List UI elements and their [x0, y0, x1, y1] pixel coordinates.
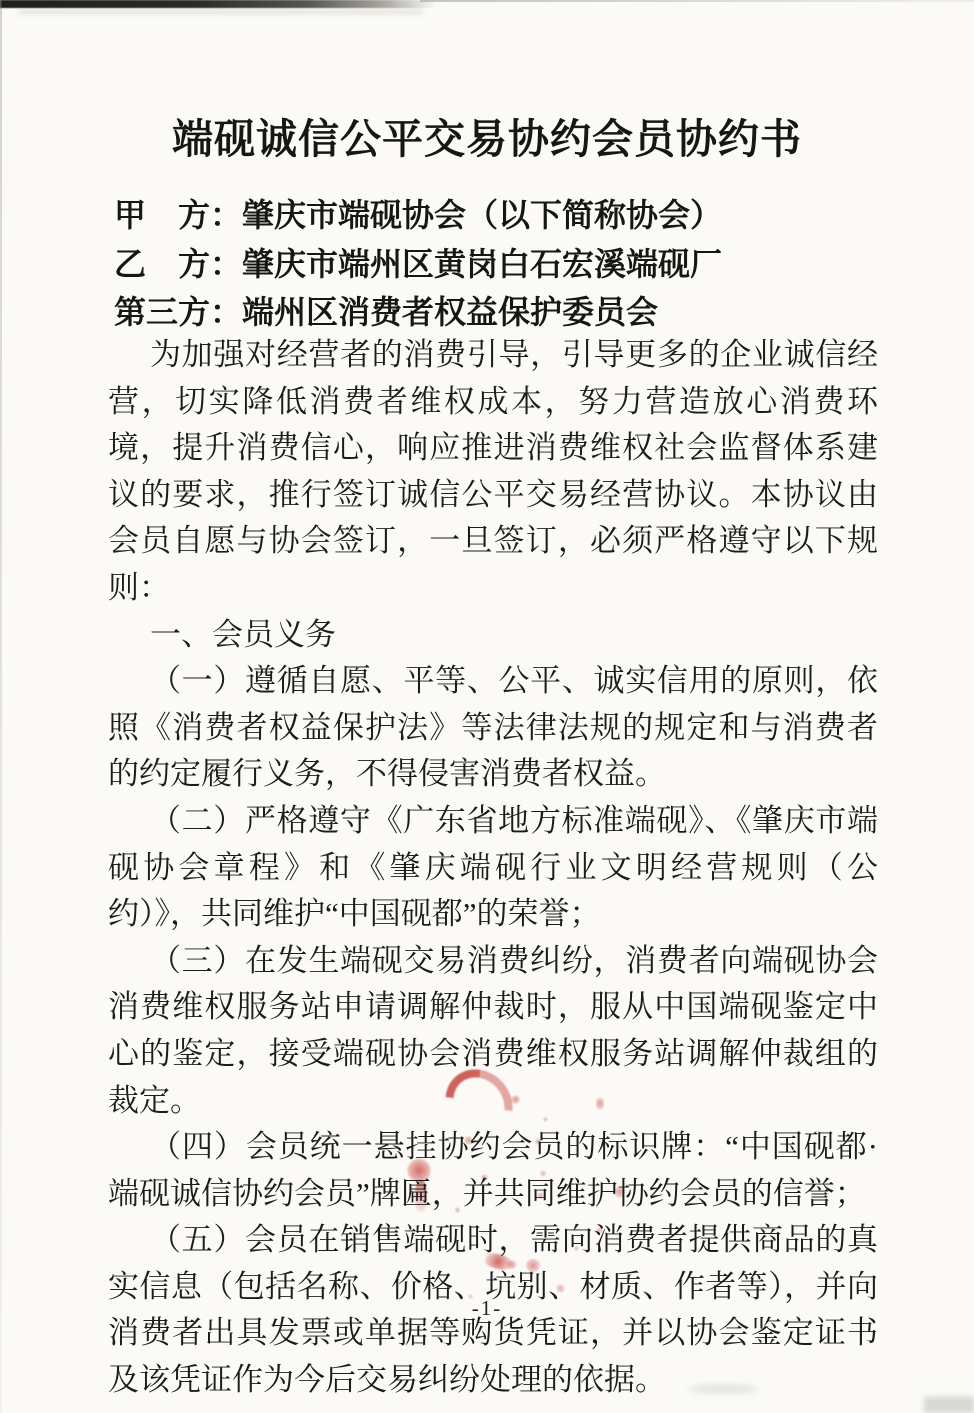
- page-number: -1-: [0, 1296, 974, 1321]
- parties-section: 甲 方：肇庆市端砚协会（以下简称协会） 乙 方：肇庆市端州区黄岗白石宏溪端砚厂 …: [114, 191, 884, 337]
- clause-1-paragraph: （一）遵循自愿、平等、公平、诚实信用的原则，依照《消费者权益保护法》等法律法规的…: [108, 658, 878, 798]
- clause-4-paragraph: （四）会员统一悬挂协约会员的标识牌：“中国砚都·端砚诚信协约会员”牌匾，并共同维…: [108, 1124, 878, 1217]
- party-c-line: 第三方：端州区消费者权益保护委员会: [114, 288, 884, 337]
- intro-paragraph: 为加强对经营者的消费引导，引导更多的企业诚信经营，切实降低消费者维权成本，努力营…: [108, 332, 878, 612]
- party-a-line: 甲 方：肇庆市端砚协会（以下简称协会）: [114, 191, 884, 240]
- party-b-line: 乙 方：肇庆市端州区黄岗白石宏溪端砚厂: [114, 240, 884, 289]
- document-title: 端砚诚信公平交易协约会员协约书: [0, 106, 974, 165]
- document-body: 为加强对经营者的消费引导，引导更多的企业诚信经营，切实降低消费者维权成本，努力营…: [108, 332, 878, 1404]
- clause-3-paragraph: （三）在发生端砚交易消费纠纷，消费者向端砚协会消费维权服务站申请调解仲裁时，服从…: [108, 938, 878, 1124]
- section-heading-member-obligations: 一、会员义务: [108, 612, 878, 659]
- scanned-document-page: 端砚诚信公平交易协约会员协约书 甲 方：肇庆市端砚协会（以下简称协会） 乙 方：…: [0, 0, 974, 1413]
- clause-2-paragraph: （二）严格遵守《广东省地方标准端砚》、《肇庆市端砚协会章程》和《肇庆端砚行业文明…: [108, 798, 878, 938]
